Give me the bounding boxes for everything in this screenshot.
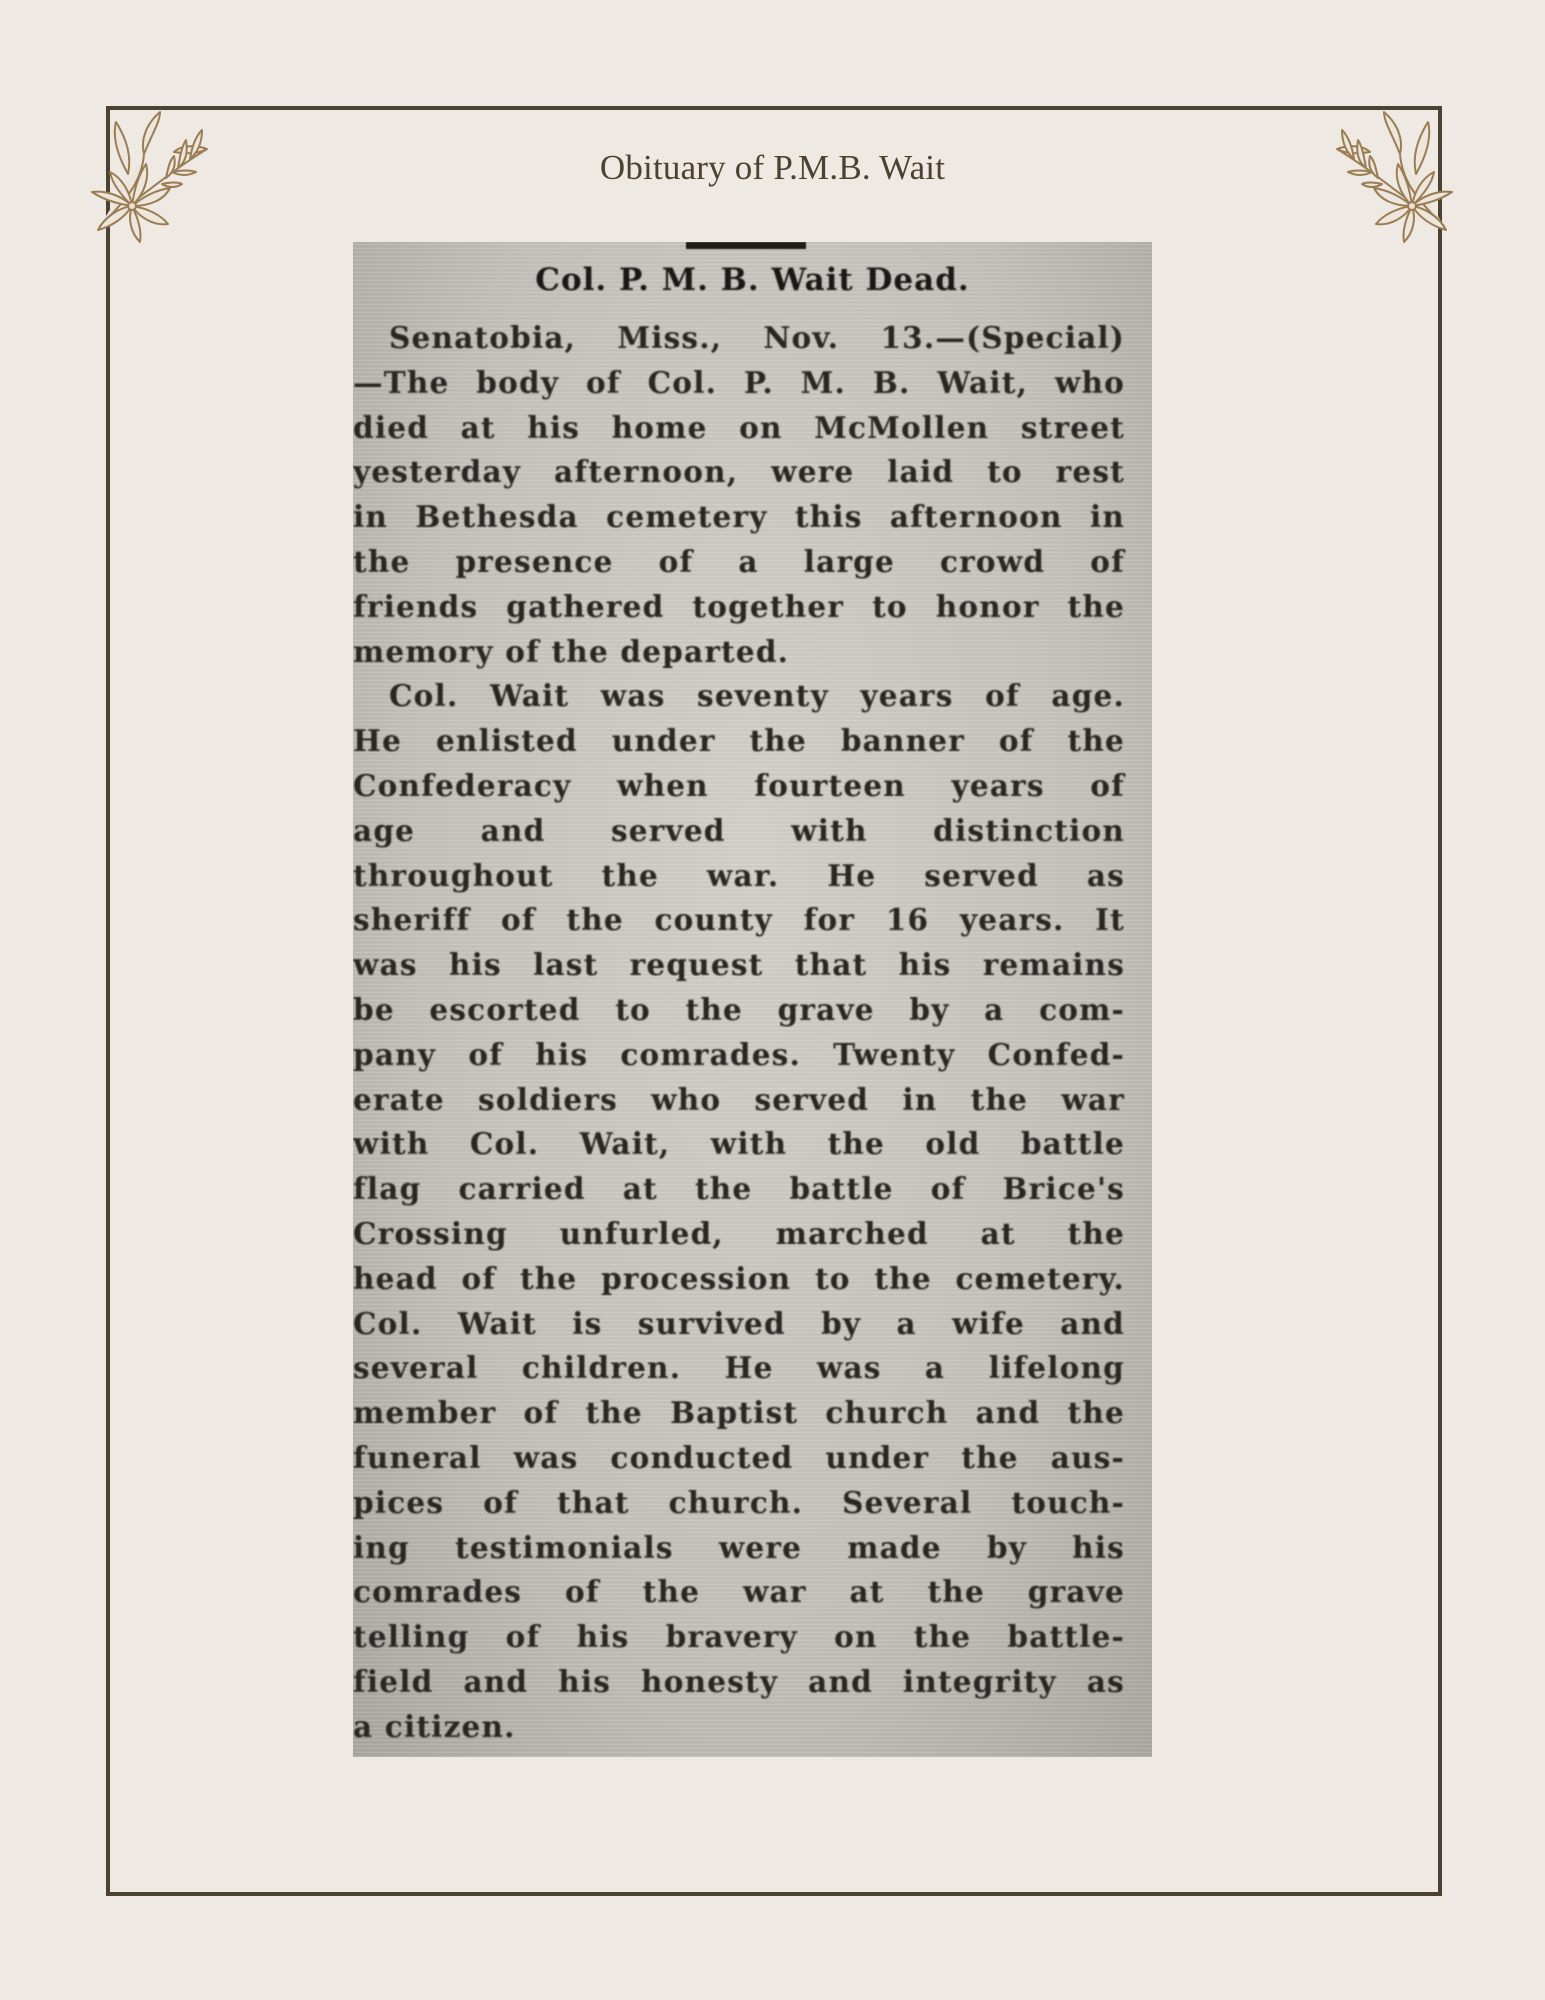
clipping-line: age and served with distinction	[353, 809, 1125, 854]
clipping-line: Col. Wait was seventy years of age.	[353, 674, 1125, 719]
clipping-line: in Bethesda cemetery this afternoon in	[353, 495, 1125, 540]
clipping-line: with Col. Wait, with the old battle	[353, 1122, 1125, 1167]
clipping-line: friends gathered together to honor the	[353, 585, 1125, 630]
clipping-line: sheriff of the county for 16 years. It	[353, 898, 1125, 943]
clipping-line: memory of the departed.	[353, 630, 1125, 675]
clipping-line: Senatobia, Miss., Nov. 13.—(Special)	[353, 316, 1125, 361]
clipping-line: ing testimonials were made by his	[353, 1526, 1125, 1571]
clipping-line: funeral was conducted under the aus-	[353, 1436, 1125, 1481]
clipping-line: yesterday afternoon, were laid to rest	[353, 450, 1125, 495]
clipping-line: field and his honesty and integrity as	[353, 1660, 1125, 1705]
clipping-line: head of the procession to the cemetery.	[353, 1257, 1125, 1302]
clipping-headline: Col. P. M. B. Wait Dead.	[353, 262, 1152, 298]
clipping-line: throughout the war. He served as	[353, 854, 1125, 899]
page-title: Obituary of P.M.B. Wait	[0, 148, 1545, 188]
clipping-line: Crossing unfurled, marched at the	[353, 1212, 1125, 1257]
clipping-line: pany of his comrades. Twenty Confed-	[353, 1033, 1125, 1078]
clipping-line: —The body of Col. P. M. B. Wait, who	[353, 361, 1125, 406]
clipping-top-rule	[686, 242, 806, 249]
clipping-line: pices of that church. Several touch-	[353, 1481, 1125, 1526]
clipping-line: a citizen.	[353, 1705, 1125, 1750]
clipping-line: He enlisted under the banner of the	[353, 719, 1125, 764]
newspaper-clipping-image: Col. P. M. B. Wait Dead. Senatobia, Miss…	[353, 242, 1152, 1757]
clipping-line: was his last request that his remains	[353, 943, 1125, 988]
clipping-line: erate soldiers who served in the war	[353, 1078, 1125, 1123]
clipping-line: several children. He was a lifelong	[353, 1346, 1125, 1391]
clipping-line: Confederacy when fourteen years of	[353, 764, 1125, 809]
clipping-line: telling of his bravery on the battle-	[353, 1615, 1125, 1660]
clipping-line: flag carried at the battle of Brice's	[353, 1167, 1125, 1212]
clipping-line: the presence of a large crowd of	[353, 540, 1125, 585]
clipping-line: died at his home on McMollen street	[353, 406, 1125, 451]
clipping-line: Col. Wait is survived by a wife and	[353, 1302, 1125, 1347]
clipping-body: Senatobia, Miss., Nov. 13.—(Special) —Th…	[353, 316, 1125, 1750]
clipping-line: member of the Baptist church and the	[353, 1391, 1125, 1436]
clipping-line: comrades of the war at the grave	[353, 1570, 1125, 1615]
clipping-line: be escorted to the grave by a com-	[353, 988, 1125, 1033]
